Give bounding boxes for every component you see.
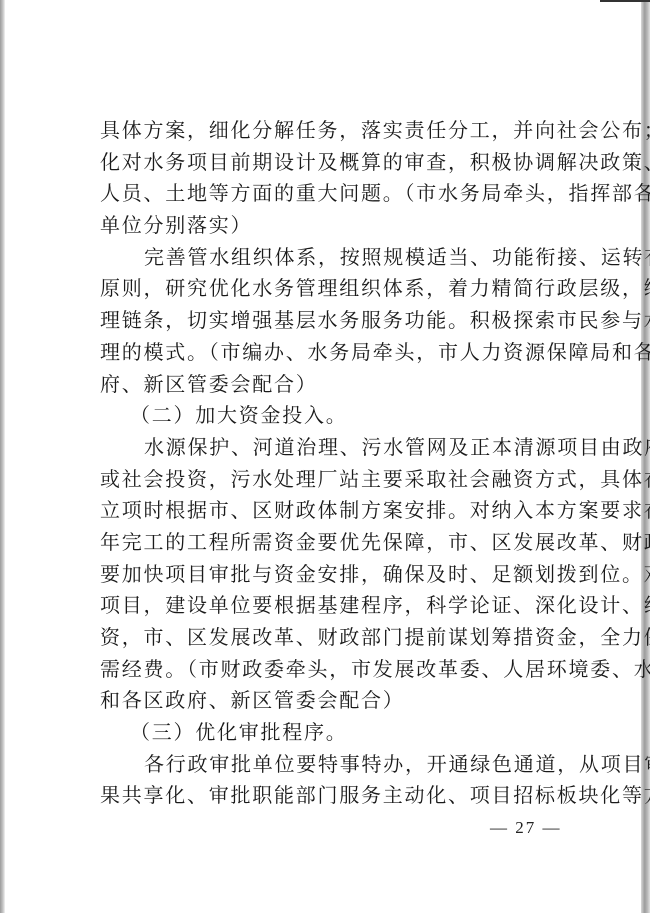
scan-edge-left xyxy=(0,0,5,913)
text-line: 需经费。（市财政委牵头，市发展改革委、人居环境委、水务局 xyxy=(100,654,578,686)
text-line: 或社会投资，污水处理厂站主要采取社会融资方式，具体在项目 xyxy=(100,464,578,496)
text-line: 具体方案，细化分解任务，落实责任分工，并向社会公布；要强 xyxy=(100,115,578,147)
scan-edge-top xyxy=(600,0,650,2)
text-line: 理的模式。（市编办、水务局牵头，市人力资源保障局和各区政 xyxy=(100,337,578,369)
text-line: 化对水务项目前期设计及概算的审查，积极协调解决政策、资金、 xyxy=(100,147,578,179)
text-line: 果共享化、审批职能部门服务主动化、项目招标板块化等方面入 xyxy=(100,780,578,812)
text-line: 理链条，切实增强基层水务服务功能。积极探索市民参与水务管 xyxy=(100,305,578,337)
document-page-body: 具体方案，细化分解任务，落实责任分工，并向社会公布；要强 化对水务项目前期设计及… xyxy=(100,115,578,812)
text-line: 和各区政府、新区管委会配合） xyxy=(100,685,578,717)
section-heading-funding: （二）加大资金投入。 xyxy=(100,400,578,432)
text-line: 单位分别落实） xyxy=(100,210,578,242)
text-line: 年完工的工程所需资金要优先保障，市、区发展改革、财政部门 xyxy=(100,527,578,559)
paragraph-water-management-system: 完善管水组织体系，按照规模适当、功能衔接、运转有效的 原则，研究优化水务管理组织… xyxy=(100,242,578,400)
text-line: 府、新区管委会配合） xyxy=(100,369,578,401)
text-line: 立项时根据市、区财政体制方案安排。对纳入本方案要求在 2015 xyxy=(100,495,578,527)
text-line: 要加快项目审批与资金安排，确保及时、足额划拨到位。对其他 xyxy=(100,559,578,591)
text-line: 项目，建设单位要根据基建程序，科学论证、深化设计、细化投 xyxy=(100,590,578,622)
text-line: 各行政审批单位要特事特办，开通绿色通道，从项目审批成 xyxy=(100,749,578,781)
paragraph-funding: 水源保护、河道治理、污水管网及正本清源项目由政府投资 或社会投资，污水处理厂站主… xyxy=(100,432,578,717)
page-number: — 27 — xyxy=(490,818,562,838)
text-line: 资，市、区发展改革、财政部门提前谋划筹措资金，全力保障所 xyxy=(100,622,578,654)
section-heading-approval: （三）优化审批程序。 xyxy=(100,717,578,749)
paragraph-continuation: 具体方案，细化分解任务，落实责任分工，并向社会公布；要强 化对水务项目前期设计及… xyxy=(100,115,578,242)
text-line: 完善管水组织体系，按照规模适当、功能衔接、运转有效的 xyxy=(100,242,578,274)
paragraph-approval: 各行政审批单位要特事特办，开通绿色通道，从项目审批成 果共享化、审批职能部门服务… xyxy=(100,749,578,812)
text-line: 人员、土地等方面的重大问题。（市水务局牵头，指挥部各成员 xyxy=(100,178,578,210)
text-line: 原则，研究优化水务管理组织体系，着力精简行政层级，缩短管 xyxy=(100,273,578,305)
text-line: 水源保护、河道治理、污水管网及正本清源项目由政府投资 xyxy=(100,432,578,464)
